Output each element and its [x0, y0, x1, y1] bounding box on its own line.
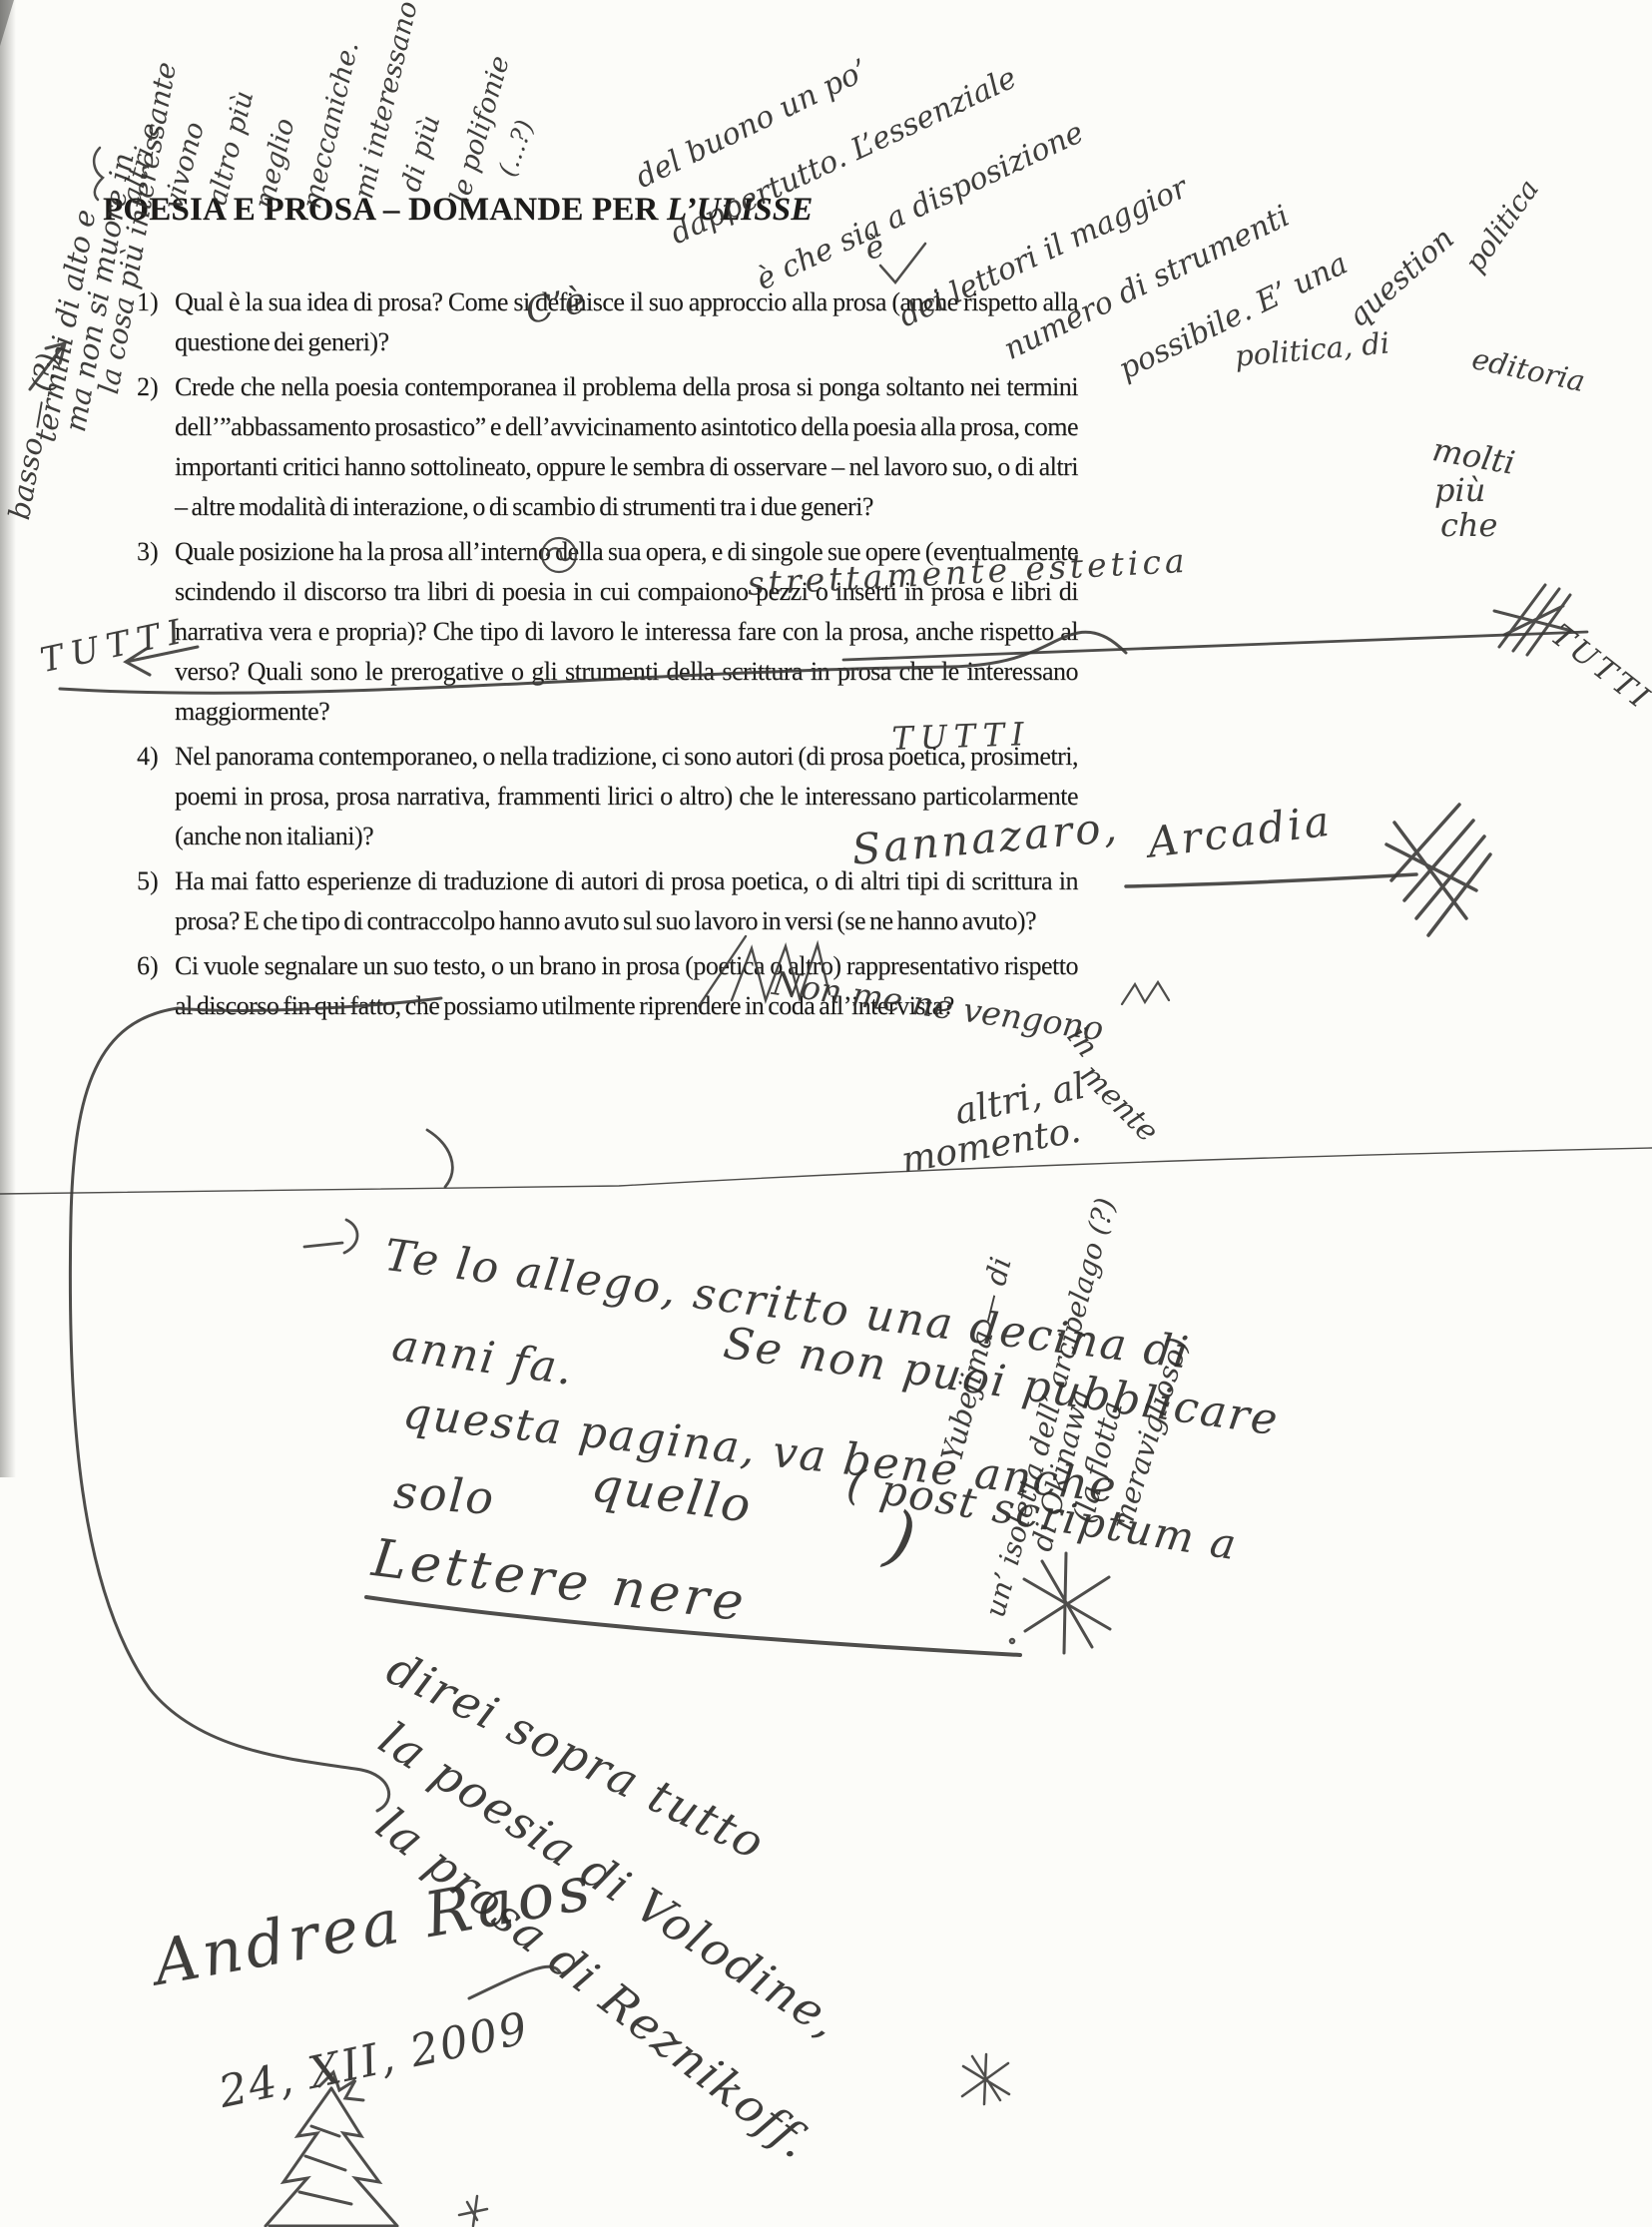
question-text: Crede che nella poesia contemporanea il …	[175, 367, 1078, 527]
scanned-document-page: POESIA E PROSA – DOMANDE PER L’ULISSE 1)…	[0, 0, 1652, 2227]
note-mente: mente	[1076, 1060, 1163, 1147]
tree-scribble-2	[459, 2196, 487, 2226]
hatch-marks-2	[1386, 805, 1490, 935]
note-top-8: le polifonie	[448, 54, 513, 207]
note-che: che	[1440, 511, 1497, 540]
question-number: 2)	[137, 367, 159, 407]
note-paren-close: )	[881, 1505, 920, 1570]
check-icon	[880, 244, 925, 282]
note-top-7: di più	[399, 113, 444, 194]
scribble-small	[1122, 982, 1169, 1004]
note-allego-4b: quello	[589, 1463, 755, 1528]
note-diag-7: question	[1344, 225, 1458, 332]
note-tutti-right: TUTTI	[1546, 621, 1652, 715]
questions-list: 1) Qual è la sua idea di prosa? Come si …	[103, 282, 1078, 1031]
scan-corner-artifact	[0, 0, 14, 46]
note-politica-2: politica	[1461, 176, 1542, 277]
asterisk-icon-big	[1024, 1553, 1110, 1653]
note-top-3: altro più	[206, 89, 258, 208]
question-number: 4)	[137, 737, 159, 777]
hook-after-intervista	[427, 1130, 452, 1187]
asterisk-dot	[1010, 1639, 1014, 1643]
asterisk-icon-small	[962, 2054, 1009, 2104]
question-item-2: 2) Crede che nella poesia contemporanea …	[103, 367, 1078, 527]
note-editoria: editoria	[1470, 345, 1587, 394]
note-date: 24, XII, 2009	[216, 2008, 532, 2112]
note-politica-di: politica, di	[1234, 329, 1390, 369]
note-lettere-nere: Lettere nere	[369, 1535, 750, 1628]
question-item-5: 5) Ha mai fatto esperienze di traduzione…	[103, 861, 1078, 941]
underline-arcadia	[1126, 874, 1416, 886]
question-number: 6)	[137, 946, 159, 986]
hook-arrow-note	[304, 1220, 357, 1253]
note-top-9: (…?)	[496, 118, 537, 180]
paper-crease-line	[0, 1148, 1652, 1194]
question-number: 3)	[137, 532, 159, 572]
question-number: 5)	[137, 861, 159, 901]
note-allego-4a: solo	[392, 1471, 496, 1519]
note-tutti-inline: TUTTI	[891, 720, 1031, 754]
scan-edge-shadow	[0, 0, 16, 1477]
note-signature: Andrea Raos	[150, 1860, 598, 1991]
question-text: Ha mai fatto esperienze di traduzione di…	[175, 861, 1078, 941]
note-allego-2a: anni fa.	[389, 1326, 576, 1391]
note-arcadia: Arcadia	[1146, 802, 1335, 861]
note-piu: più	[1434, 476, 1485, 505]
note-momento: momento.	[899, 1115, 1083, 1178]
